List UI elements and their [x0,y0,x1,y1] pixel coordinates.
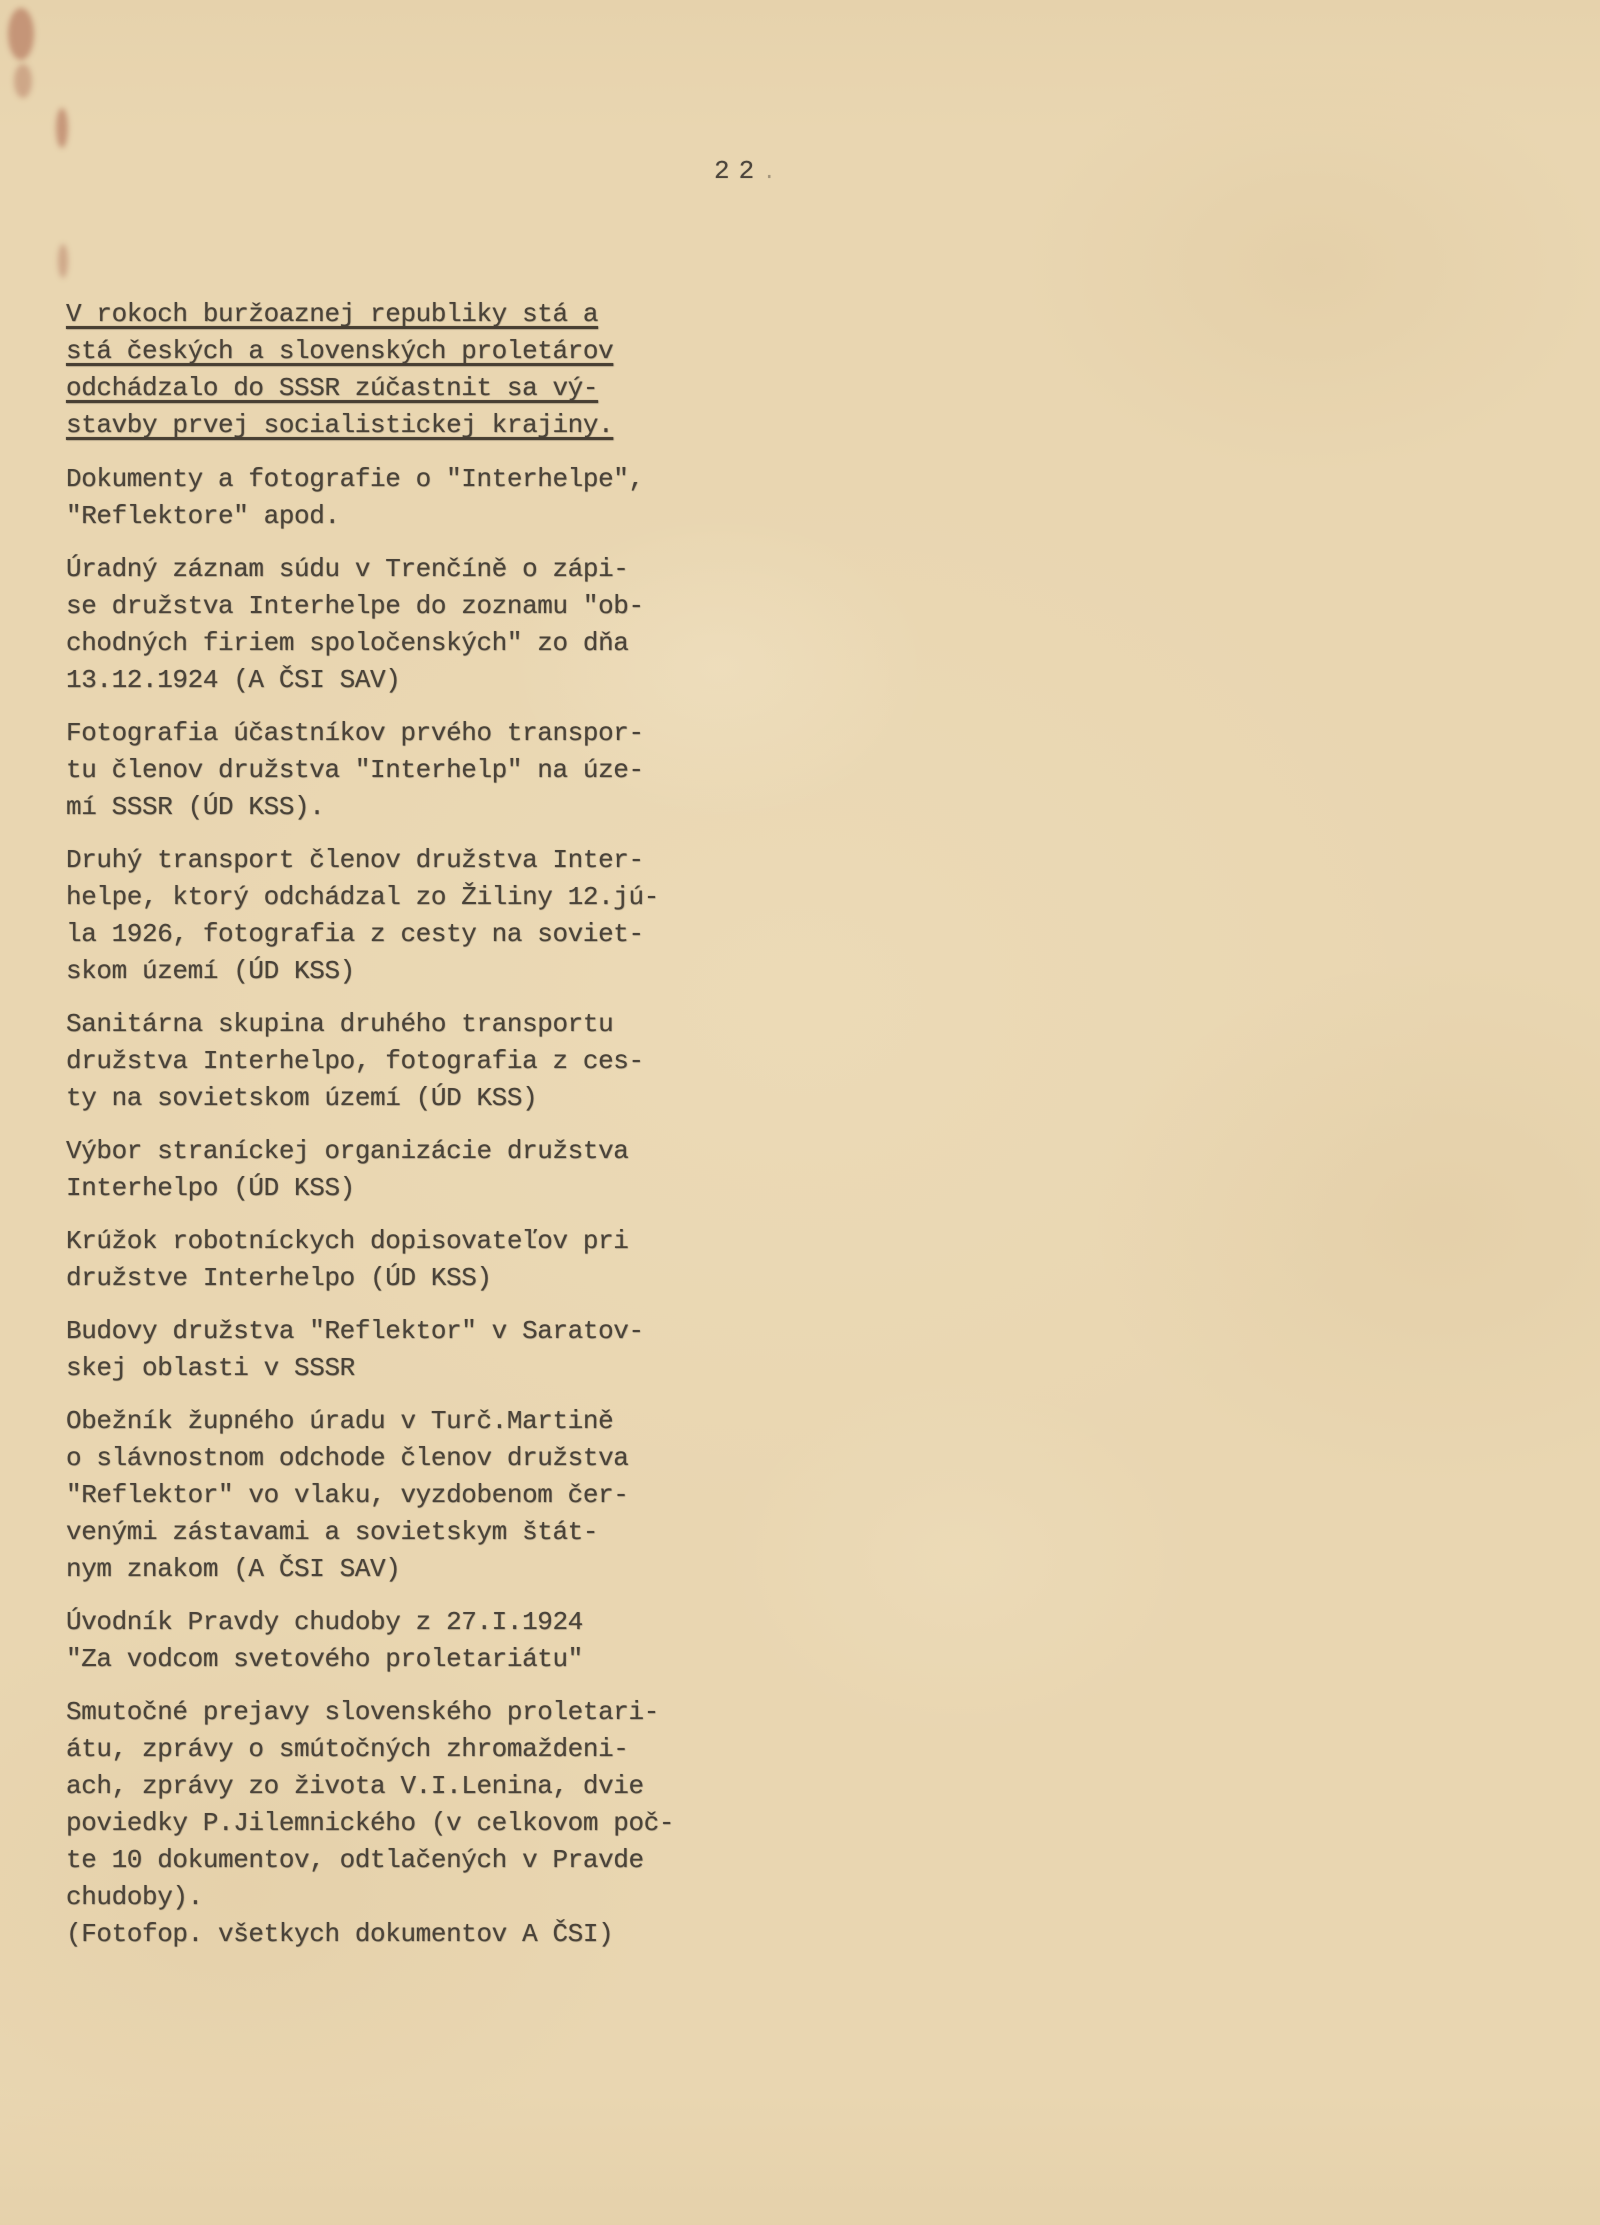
text-line: Interhelpo (ÚD KSS) [66,1170,746,1207]
heading-line: stá českých a slovenských proletárov [66,336,613,366]
text-line: skej oblasti v SSSR [66,1350,746,1387]
text-line: poviedky P.Jilemnického (v celkovom poč- [66,1805,746,1842]
text-line: venými zástavami a sovietskym štát- [66,1514,746,1551]
text-line: Fotografia účastníkov prvého transpor- [66,715,746,752]
text-line: se družstva Interhelpe do zoznamu "ob- [66,588,746,625]
text-line: Druhý transport členov družstva Inter- [66,842,746,879]
text-block: V rokoch buržoaznej republiky stá astá č… [66,296,746,1969]
paragraph: Sanitárna skupina druhého transportudruž… [66,1006,746,1117]
paragraph: Smutočné prejavy slovenského proletari-á… [66,1694,746,1953]
paragraph: Výbor straníckej organizácie družstvaInt… [66,1133,746,1207]
heading-line-row: V rokoch buržoaznej republiky stá a [66,296,746,333]
page-number-suffix: . [763,162,775,185]
paragraph: Dokumenty a fotografie o "Interhelpe","R… [66,461,746,535]
text-line: Smutočné prejavy slovenského proletari- [66,1694,746,1731]
paragraph: Budovy družstva "Reflektor" v Saratov-sk… [66,1313,746,1387]
page-number-value: 22 [714,156,763,186]
text-line: chudoby). [66,1879,746,1916]
text-line: "Reflektore" apod. [66,498,746,535]
heading-line: odchádzalo do SSSR zúčastnit sa vý- [66,373,598,403]
text-line: Úvodník Pravdy chudoby z 27.I.1924 [66,1604,746,1641]
text-line: tu členov družstva "Interhelp" na úze- [66,752,746,789]
text-line: te 10 dokumentov, odtlačených v Pravde [66,1842,746,1879]
document-heading: V rokoch buržoaznej republiky stá astá č… [66,296,746,444]
document-body: Dokumenty a fotografie o "Interhelpe","R… [66,461,746,1953]
heading-line-row: stá českých a slovenských proletárov [66,333,746,370]
text-line: mí SSSR (ÚD KSS). [66,789,746,826]
paragraph: Úradný záznam súdu v Trenčíně o zápi-se … [66,551,746,699]
text-line: (Fotofop. všetkych dokumentov A ČSI) [66,1916,746,1953]
text-line: "Za vodcom svetového proletariátu" [66,1641,746,1678]
text-line: Sanitárna skupina druhého transportu [66,1006,746,1043]
paragraph: Druhý transport členov družstva Inter-he… [66,842,746,990]
text-line: o slávnostnom odchode členov družstva [66,1440,746,1477]
ink-smudge [56,108,68,148]
heading-line-row: odchádzalo do SSSR zúčastnit sa vý- [66,370,746,407]
heading-line: V rokoch buržoaznej republiky stá a [66,299,598,329]
text-line: 13.12.1924 (A ČSI SAV) [66,662,746,699]
text-line: Výbor straníckej organizácie družstva [66,1133,746,1170]
text-line: skom území (ÚD KSS) [66,953,746,990]
ink-smudge [8,8,34,60]
text-line: družstva Interhelpo, fotografia z ces- [66,1043,746,1080]
paragraph: Úvodník Pravdy chudoby z 27.I.1924"Za vo… [66,1604,746,1678]
text-line: Dokumenty a fotografie o "Interhelpe", [66,461,746,498]
text-line: Krúžok robotníckych dopisovateľov pri [66,1223,746,1260]
paragraph: Obežník župného úradu v Turč.Martiněo sl… [66,1403,746,1588]
text-line: ach, zprávy zo života V.I.Lenina, dvie [66,1768,746,1805]
document-page: 22. V rokoch buržoaznej republiky stá as… [0,0,1600,2225]
paragraph: Krúžok robotníckych dopisovateľov pridru… [66,1223,746,1297]
text-line: Obežník župného úradu v Turč.Martině [66,1403,746,1440]
heading-line: stavby prvej socialistickej krajiny. [66,410,613,440]
text-line: "Reflektor" vo vlaku, vyzdobenom čer- [66,1477,746,1514]
text-line: ty na sovietskom území (ÚD KSS) [66,1080,746,1117]
paragraph: Fotografia účastníkov prvého transpor-tu… [66,715,746,826]
text-line: chodných firiem spoločenských" zo dňa [66,625,746,662]
text-line: helpe, ktorý odchádzal zo Žiliny 12.jú- [66,879,746,916]
text-line: Budovy družstva "Reflektor" v Saratov- [66,1313,746,1350]
ink-smudge [58,244,68,278]
text-line: la 1926, fotografia z cesty na soviet- [66,916,746,953]
text-line: nym znakom (A ČSI SAV) [66,1551,746,1588]
text-line: družstve Interhelpo (ÚD KSS) [66,1260,746,1297]
text-line: Úradný záznam súdu v Trenčíně o zápi- [66,551,746,588]
page-number: 22. [714,156,775,186]
heading-line-row: stavby prvej socialistickej krajiny. [66,407,746,444]
text-line: átu, zprávy o smútočných zhromaždeni- [66,1731,746,1768]
ink-smudge [14,64,32,98]
